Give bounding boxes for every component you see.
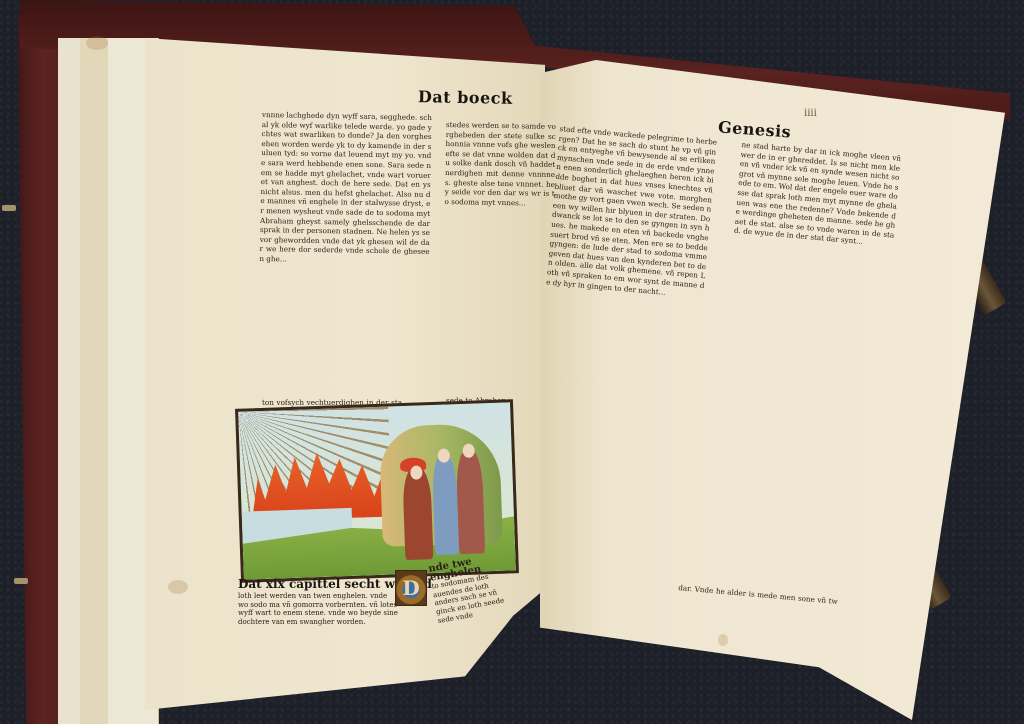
folio-number: iiii [804, 108, 817, 119]
page-stain [168, 580, 188, 594]
decorated-initial: D [395, 570, 427, 606]
page-stain [718, 634, 728, 646]
clasp-icon [2, 205, 16, 211]
left-column-1: vnnne lachghede dyn wyff sara, segghede.… [257, 110, 432, 413]
page-stain [86, 36, 108, 50]
clasp-icon [14, 578, 28, 584]
woodcut-illustration [235, 399, 519, 583]
page-stack-edge [80, 38, 111, 724]
running-head-left: Dat boeck [418, 87, 513, 108]
chapter-summary: loth leet werden van twen engh­elen. vnd… [238, 592, 398, 626]
